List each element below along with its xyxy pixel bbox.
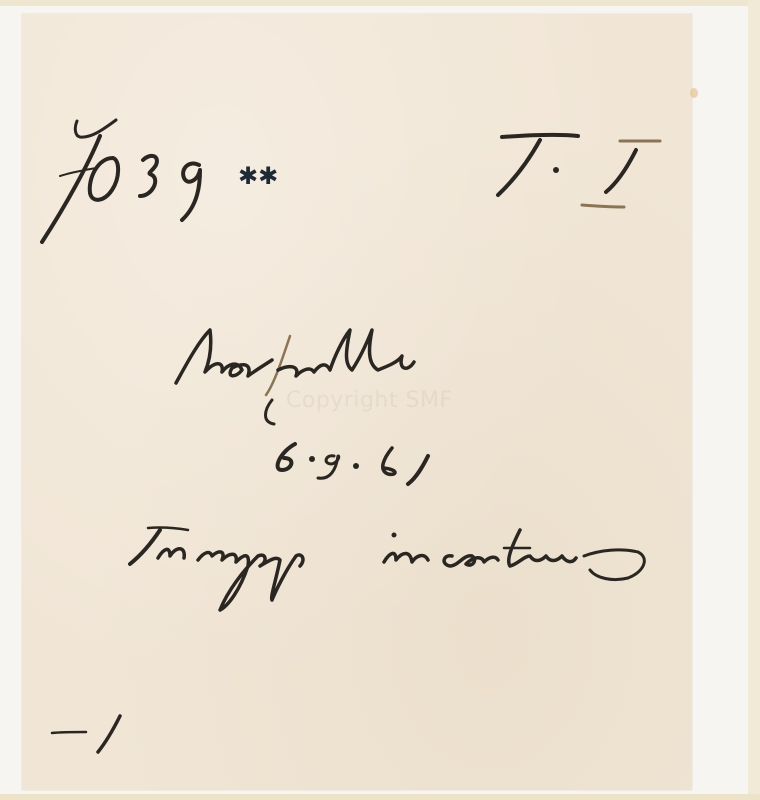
svg-text:✱✱: ✱✱ (238, 162, 278, 190)
place-name: Grossavallo (176, 330, 182, 331)
place-handwriting (176, 330, 414, 424)
page-mark-handwriting (52, 716, 120, 752)
caption-text: Tre ragazze in costume (130, 528, 142, 529)
caption-handwriting (130, 528, 644, 610)
catalog-number: 7039** (40, 120, 44, 121)
date-handwriting (278, 444, 428, 484)
series-mark: T·I (500, 130, 501, 131)
catalog-number-handwriting: ✱✱ (42, 120, 278, 242)
date-text: 6·9·41 (272, 444, 275, 445)
page-mark: -1 (52, 716, 53, 717)
series-mark-handwriting (498, 135, 660, 207)
handwriting-layer: ✱✱ (0, 0, 760, 800)
